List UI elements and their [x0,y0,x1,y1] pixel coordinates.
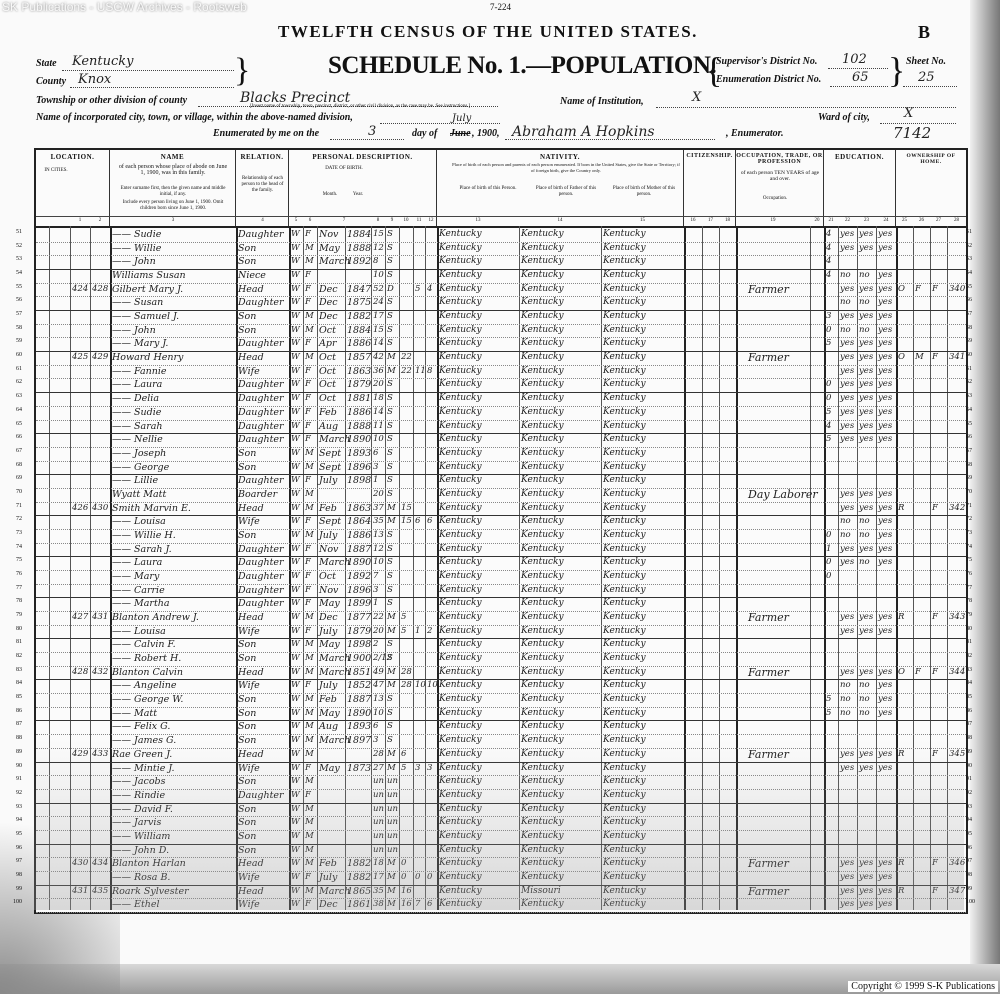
cell-birth: Kentucky [439,502,482,516]
cell-birth: Kentucky [439,844,482,858]
cell-sex: F [305,420,311,434]
cell-marital: S [387,474,393,488]
cell-month: July [319,474,337,488]
cell-mother-birth: Kentucky [603,269,646,283]
cell-sex: M [305,242,314,256]
cell-relation: Daughter [238,597,284,611]
cell-father-birth: Kentucky [521,584,564,598]
cell-read: yes [840,228,854,242]
cell-birth: Kentucky [439,474,482,488]
cell-birth: Kentucky [439,488,482,502]
cell-english: yes [878,365,892,379]
cell-year: 1897 [347,734,371,748]
enumerator-label: , Enumerator. [726,128,784,139]
cell-marital: S [387,337,393,351]
cell-read: yes [840,625,854,639]
header-personal-description: PERSONAL DESCRIPTION. DATE OF BIRTH. Mon… [289,150,437,226]
cell-read: yes [840,502,854,516]
cell-schedule: 342 [949,502,965,516]
cell-read: yes [840,556,854,570]
cell-months-school: 0 [826,392,831,406]
cell-age: 18 [373,392,384,406]
cell-english: yes [878,556,892,570]
cell-color: W [291,762,300,776]
cell-month: Dec [319,283,338,297]
cell-free: F [915,666,921,680]
cell-mother-birth: Kentucky [603,406,646,420]
cell-age: 52 [373,283,384,297]
cell-father-birth: Kentucky [521,720,564,734]
table-row: 428432Blanton CalvinHeadWMMarch185149M28… [36,666,966,681]
cell-relation: Wife [238,762,260,776]
cell-marital: M [387,762,396,776]
cell-sex: M [305,351,314,365]
cell-name: —— Matt [112,707,157,721]
cell-age: 35 [373,885,384,899]
census-title: TWELFTH CENSUS OF THE UNITED STATES. [278,22,698,42]
line-number-left: 99 [4,886,22,892]
cell-name: —— David F. [112,803,173,817]
month-struck: June [450,128,471,139]
cell-birth: Kentucky [439,816,482,830]
cell-months-school: 0 [826,529,831,543]
cell-marital: M [387,885,396,899]
cell-father-birth: Kentucky [521,242,564,256]
cell-sex: M [305,844,314,858]
cell-read: yes [840,748,854,762]
cell-farm: F [932,748,938,762]
cell-months-school: 4 [826,420,831,434]
cell-months-school: 0 [826,570,831,584]
cell-birth: Kentucky [439,447,482,461]
cell-yrs-married: 5 [401,762,406,776]
line-number-right: 91 [966,776,984,782]
cell-name: —— Ethel [112,898,160,912]
cell-read: no [840,269,851,283]
line-number-right: 65 [966,421,984,427]
cell-relation: Son [238,830,256,844]
cell-occupation: Farmer [748,857,789,871]
cell-year: 1863 [347,502,371,516]
cell-write: yes [859,762,873,776]
table-row: 426430Smith Marvin E.HeadWMFeb186337M15K… [36,502,966,517]
line-number-left: 69 [4,475,22,481]
cell-english: yes [878,488,892,502]
line-number-right: 89 [966,749,984,755]
cell-name: —— John D. [112,844,169,858]
header-nativity: NATIVITY. Place of birth of each person … [437,150,684,226]
cell-birth: Kentucky [439,269,482,283]
cell-father-birth: Kentucky [521,378,564,392]
cell-birth: Kentucky [439,228,482,242]
cell-birth: Kentucky [439,885,482,899]
cell-dwelling: 426 [72,502,88,516]
cell-month: Oct [319,570,336,584]
cell-year: 1879 [347,625,371,639]
cell-age: 8 [373,255,378,269]
cell-father-birth: Kentucky [521,502,564,516]
cell-mother-birth: Kentucky [603,816,646,830]
line-number-left: 92 [4,790,22,796]
cell-month: Aug [319,720,338,734]
cell-name: —— Angeline [112,679,177,693]
cell-relation: Son [238,529,256,543]
cell-marital: S [387,406,393,420]
table-row: 424428Gilbert Mary J.HeadWFDec184752D54K… [36,283,966,298]
cell-color: W [291,570,300,584]
cell-read: no [840,679,851,693]
cell-sex: F [305,556,311,570]
cell-yrs-married: 6 [401,748,406,762]
cell-birth: Kentucky [439,324,482,338]
cell-age: 22 [373,611,384,625]
cell-father-birth: Kentucky [521,461,564,475]
column-number: 10 [399,218,413,223]
column-numbers: 1234567891011121314151617181920212223242… [36,216,966,227]
cell-month: July [319,871,337,885]
cell-color: W [291,775,300,789]
line-number-left: 62 [4,379,22,385]
cell-color: W [291,420,300,434]
column-number: 16 [684,218,702,223]
cell-color: W [291,351,300,365]
line-number-left: 100 [4,899,22,905]
line-number-right: 71 [966,503,984,509]
line-number-right: 68 [966,462,984,468]
cell-relation: Son [238,255,256,269]
cell-color: W [291,337,300,351]
cell-color: W [291,283,300,297]
line-number-left: 96 [4,845,22,851]
cell-sex: M [305,748,314,762]
cell-owned: O [898,283,905,297]
cell-age: 28 [373,748,384,762]
cell-family: 433 [92,748,108,762]
cell-color: W [291,502,300,516]
table-header: LOCATION. IN CITIES. NAME of each person… [36,150,966,228]
cell-year: 1892 [347,255,371,269]
column-number: 27 [930,218,947,223]
cell-month: Feb [319,502,337,516]
cell-color: W [291,597,300,611]
cell-occupation: Farmer [748,748,789,762]
cell-write: no [859,324,870,338]
cell-age: 38 [373,898,384,912]
cell-name: Williams Susan [112,269,186,283]
year-label: , 1900, [472,128,500,139]
census-page: SK Publications - USGW Archives - Rootsw… [0,0,1000,994]
cell-name: Gilbert Mary J. [112,283,183,297]
cell-mother-birth: Kentucky [603,857,646,871]
cell-read: yes [840,857,854,871]
cell-year: 1884 [347,324,371,338]
line-number-right: 100 [966,899,984,905]
cell-father-birth: Kentucky [521,543,564,557]
cell-father-birth: Kentucky [521,529,564,543]
cell-father-birth: Kentucky [521,816,564,830]
line-number-left: 83 [4,667,22,673]
cell-mother-of: 10 [415,679,426,693]
cell-english: yes [878,543,892,557]
cell-yrs-married: 0 [401,871,406,885]
city-label: Name of incorporated city, town, or vill… [36,112,353,123]
column-number: 23 [857,218,876,223]
cell-mother-of: 1 [415,625,420,639]
cell-year: 1884 [347,228,371,242]
sheet-line [903,86,957,87]
state-line [62,70,234,71]
column-number: 24 [876,218,896,223]
table-row: —— George W.SonWMFeb188713SKentuckyKentu… [36,693,966,708]
cell-marital: S [387,433,393,447]
cell-marital: S [387,638,393,652]
cell-age: 37 [373,502,384,516]
table-row: 430434Blanton HarlanHeadWMFeb188218M0Ken… [36,857,966,872]
cell-sex: F [305,378,311,392]
cell-mother-birth: Kentucky [603,789,646,803]
cell-father-birth: Kentucky [521,762,564,776]
cell-sex: M [305,885,314,899]
cell-father-birth: Kentucky [521,283,564,297]
column-number: 14 [519,218,601,223]
cell-color: W [291,652,300,666]
cell-owned: R [898,748,904,762]
cell-read: yes [840,611,854,625]
cell-birth: Kentucky [439,734,482,748]
cell-year: 1875 [347,296,371,310]
line-number-left: 55 [4,284,22,290]
cell-read: yes [840,885,854,899]
cell-name: —— Calvin F. [112,638,176,652]
line-number-left: 70 [4,489,22,495]
cell-months-school: 5 [826,707,831,721]
cell-year: 1861 [347,898,371,912]
cell-color: W [291,871,300,885]
column-number: 8 [371,218,385,223]
cell-relation: Wife [238,515,260,529]
cell-birth: Kentucky [439,283,482,297]
cell-months-school: 0 [826,378,831,392]
cell-english: yes [878,296,892,310]
cell-family: 432 [92,666,108,680]
cell-birth: Kentucky [439,762,482,776]
cell-sex: F [305,570,311,584]
cell-months-school: 3 [826,310,831,324]
cell-english: yes [878,625,892,639]
cell-english: yes [878,515,892,529]
cell-english: yes [878,857,892,871]
cell-mother-of: 7 [415,898,420,912]
ward-label: Ward of city, [818,112,870,123]
cell-english: yes [878,707,892,721]
cell-year: 1890 [347,707,371,721]
cell-color: W [291,679,300,693]
cell-month: Oct [319,392,336,406]
cell-month: Apr [319,337,336,351]
column-number: 26 [913,218,930,223]
table-row: —— James G.SonWMMarch18973SKentuckyKentu… [36,734,966,749]
line-number-right: 67 [966,448,984,454]
cell-birth: Kentucky [439,611,482,625]
line-number-right: 94 [966,817,984,823]
table-row: Williams SusanNieceWF10SKentuckyKentucky… [36,269,966,284]
cell-relation: Boarder [238,488,277,502]
cell-name: Wyatt Matt [112,488,166,502]
cell-month: March [319,556,350,570]
line-number-right: 99 [966,886,984,892]
cell-color: W [291,720,300,734]
cell-write: yes [859,885,873,899]
cell-father-birth: Kentucky [521,734,564,748]
cell-age: 10 [373,556,384,570]
cell-month: Dec [319,611,338,625]
cell-mother-birth: Kentucky [603,529,646,543]
ward-line [880,123,956,124]
cell-father-birth: Kentucky [521,597,564,611]
cell-color: W [291,707,300,721]
cell-name: —— John [112,255,156,269]
cell-write: yes [859,488,873,502]
cell-schedule: 341 [949,351,965,365]
cell-age: 13 [373,693,384,707]
cell-age: 12 [373,543,384,557]
column-number: 22 [838,218,857,223]
cell-father-birth: Kentucky [521,693,564,707]
cell-write: yes [859,502,873,516]
cell-relation: Son [238,816,256,830]
cell-name: —— Fannie [112,365,167,379]
cell-relation: Son [238,707,256,721]
cell-marital: S [387,461,393,475]
cell-birth: Kentucky [439,597,482,611]
line-number-right: 90 [966,763,984,769]
cell-months-school: 4 [826,269,831,283]
cell-marital: S [387,556,393,570]
cell-color: W [291,310,300,324]
cell-year: 1864 [347,515,371,529]
cell-marital: S [387,584,393,598]
cell-father-birth: Kentucky [521,803,564,817]
cell-farm: F [932,611,938,625]
cell-name: —— Joseph [112,447,166,461]
cell-age: 3 [373,584,378,598]
cell-color: W [291,789,300,803]
line-number-right: 51 [966,229,984,235]
table-row: —— JosephSonWMSept18936SKentuckyKentucky… [36,447,966,462]
cell-birth: Kentucky [439,296,482,310]
table-row: —— LauraDaughterWFMarch189010SKentuckyKe… [36,556,966,571]
cell-year: 1879 [347,378,371,392]
cell-sex: M [305,652,314,666]
enumerator-name: Abraham A Hopkins [512,124,655,140]
cell-occupation: Farmer [748,283,789,297]
cell-read: yes [840,283,854,297]
cell-living: 3 [427,762,432,776]
cell-month: March [319,255,350,269]
cell-sex: F [305,474,311,488]
cell-father-birth: Kentucky [521,433,564,447]
cell-age: 10 [373,433,384,447]
cell-marital: M [387,365,396,379]
sheet-letter: B [918,22,930,43]
table-row: —— AngelineWifeWFJuly185247M281010Kentuc… [36,679,966,694]
line-number-left: 68 [4,462,22,468]
cell-farm: F [932,857,938,871]
column-number: 11 [413,218,425,223]
cell-read: no [840,529,851,543]
line-number-left: 58 [4,325,22,331]
table-row: —— Robert H.SonWMMarch19002/12SKentuckyK… [36,652,966,667]
cell-read: yes [840,666,854,680]
table-row: —— JohnSonWMOct188415SKentuckyKentuckyKe… [36,324,966,339]
cell-sex: F [305,433,311,447]
cell-yrs-married: 5 [401,611,406,625]
cell-month: Oct [319,324,336,338]
cell-write: yes [859,310,873,324]
line-number-right: 77 [966,585,984,591]
cell-birth: Kentucky [439,543,482,557]
table-row: —— WilliamSonWMununKentuckyKentuckyKentu… [36,830,966,845]
line-number-left: 97 [4,858,22,864]
cell-month: May [319,762,340,776]
table-row: —— David F.SonWMununKentuckyKentuckyKent… [36,803,966,818]
cell-sex: M [305,816,314,830]
sheet-label: Sheet No. [906,56,946,67]
cell-mother-birth: Kentucky [603,461,646,475]
cell-name: —— Robert H. [112,652,181,666]
cell-age: 6 [373,720,378,734]
cell-free: M [915,351,924,365]
sheet-value: 25 [918,70,935,85]
cell-owned: O [898,666,905,680]
cell-marital: S [387,707,393,721]
cell-year: 1888 [347,242,371,256]
cell-english: yes [878,502,892,516]
cell-schedule: 343 [949,611,965,625]
cell-yrs-married: 28 [401,679,412,693]
table-row: —— FannieWifeWFOct186336M22118KentuckyKe… [36,365,966,380]
cell-occupation: Farmer [748,351,789,365]
cell-name: —— Laura [112,556,162,570]
cell-english: yes [878,228,892,242]
cell-relation: Niece [238,269,266,283]
cell-sex: M [305,803,314,817]
cell-sex: F [305,392,311,406]
cell-write: no [859,693,870,707]
cell-sex: F [305,337,311,351]
cell-age: un [373,830,384,844]
cell-sex: M [305,857,314,871]
cell-read: yes [840,365,854,379]
cell-age: 36 [373,365,384,379]
cell-color: W [291,474,300,488]
cell-read: no [840,693,851,707]
cell-birth: Kentucky [439,871,482,885]
cell-name: —— Delia [112,392,159,406]
cell-color: W [291,857,300,871]
watermark: SK Publications - USGW Archives - Rootsw… [2,0,247,14]
cell-farm: F [932,502,938,516]
cell-age: 1 [373,597,378,611]
cell-sex: F [305,365,311,379]
cell-living: 0 [427,871,432,885]
cell-marital: S [387,296,393,310]
line-number-left: 79 [4,612,22,618]
cell-name: —— William [112,830,170,844]
table-row: 425429Howard HenryHeadWMOct185742M22Kent… [36,351,966,366]
cell-sex: M [305,502,314,516]
cell-month: May [319,242,340,256]
